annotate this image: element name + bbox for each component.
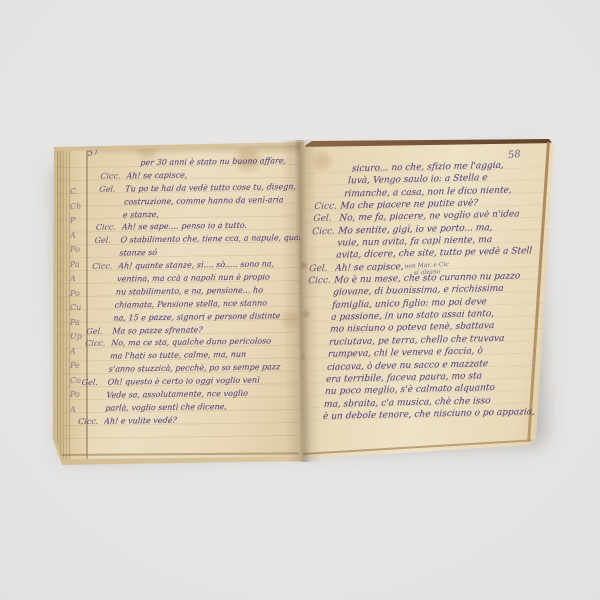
speaker-label: Gel. xyxy=(313,213,340,226)
left-page: CChPAPoPaAPoCuPaUpAPeCoPoA 57 per 30 ann… xyxy=(53,143,300,465)
right-page: 58 sicuro... no che, sfizio me l'aggia, … xyxy=(296,135,558,461)
speaker-label xyxy=(307,287,334,300)
speaker-label: Cicc. xyxy=(312,225,339,238)
speaker-label: Cicc. xyxy=(308,275,335,288)
speaker-label xyxy=(90,274,117,287)
speaker-label xyxy=(311,238,338,251)
speaker-label: Cicc. xyxy=(100,170,127,183)
speaker-label xyxy=(82,364,109,377)
left-page-text: per 30 anni è stato nu buono affare,Cicc… xyxy=(77,155,310,429)
manuscript-line-row: Cicc.Ah! e vulite vedé? xyxy=(77,413,286,429)
speaker-label xyxy=(315,188,342,201)
speaker-label xyxy=(304,324,331,337)
speaker-label xyxy=(305,312,332,325)
speaker-label xyxy=(79,403,106,416)
speaker-label xyxy=(93,248,120,261)
speaker-label xyxy=(97,196,124,209)
speaker-label xyxy=(317,163,344,176)
speaker-label xyxy=(306,299,333,312)
speaker-label xyxy=(80,390,107,403)
speaker-label: Cicc. xyxy=(314,200,341,213)
speaker-label: Gel. xyxy=(309,262,336,275)
speaker-label: Gel. xyxy=(81,377,108,390)
speaker-label xyxy=(96,209,123,222)
speaker-label xyxy=(303,337,330,350)
speaker-label xyxy=(310,250,337,263)
speaker-label xyxy=(302,349,329,362)
speaker-label xyxy=(299,386,326,399)
speaker-label: Cicc. xyxy=(92,261,119,274)
speaker-label xyxy=(83,351,110,364)
speaker-label: Gel. xyxy=(86,325,113,338)
speaker-label: Cicc. xyxy=(95,222,122,235)
handwritten-line: Ah! e vulite vedé? xyxy=(103,413,286,428)
speaker-label: Gel. xyxy=(99,183,126,196)
speaker-label xyxy=(101,157,128,170)
speaker-label xyxy=(88,299,115,312)
speaker-label xyxy=(87,312,114,325)
speaker-label xyxy=(301,361,328,374)
speaker-label: Cicc. xyxy=(85,338,112,351)
speaker-label xyxy=(89,286,116,299)
photo-background: CChPAPoPaAPoCuPaUpAPeCoPoA 57 per 30 ann… xyxy=(0,0,600,600)
speaker-label: Gel. xyxy=(94,235,121,248)
right-page-text: sicuro... no che, sfizio me l'aggia, luv… xyxy=(296,158,565,423)
speaker-label: Cicc. xyxy=(77,416,104,429)
speaker-label xyxy=(300,374,327,387)
speaker-label xyxy=(316,176,343,189)
